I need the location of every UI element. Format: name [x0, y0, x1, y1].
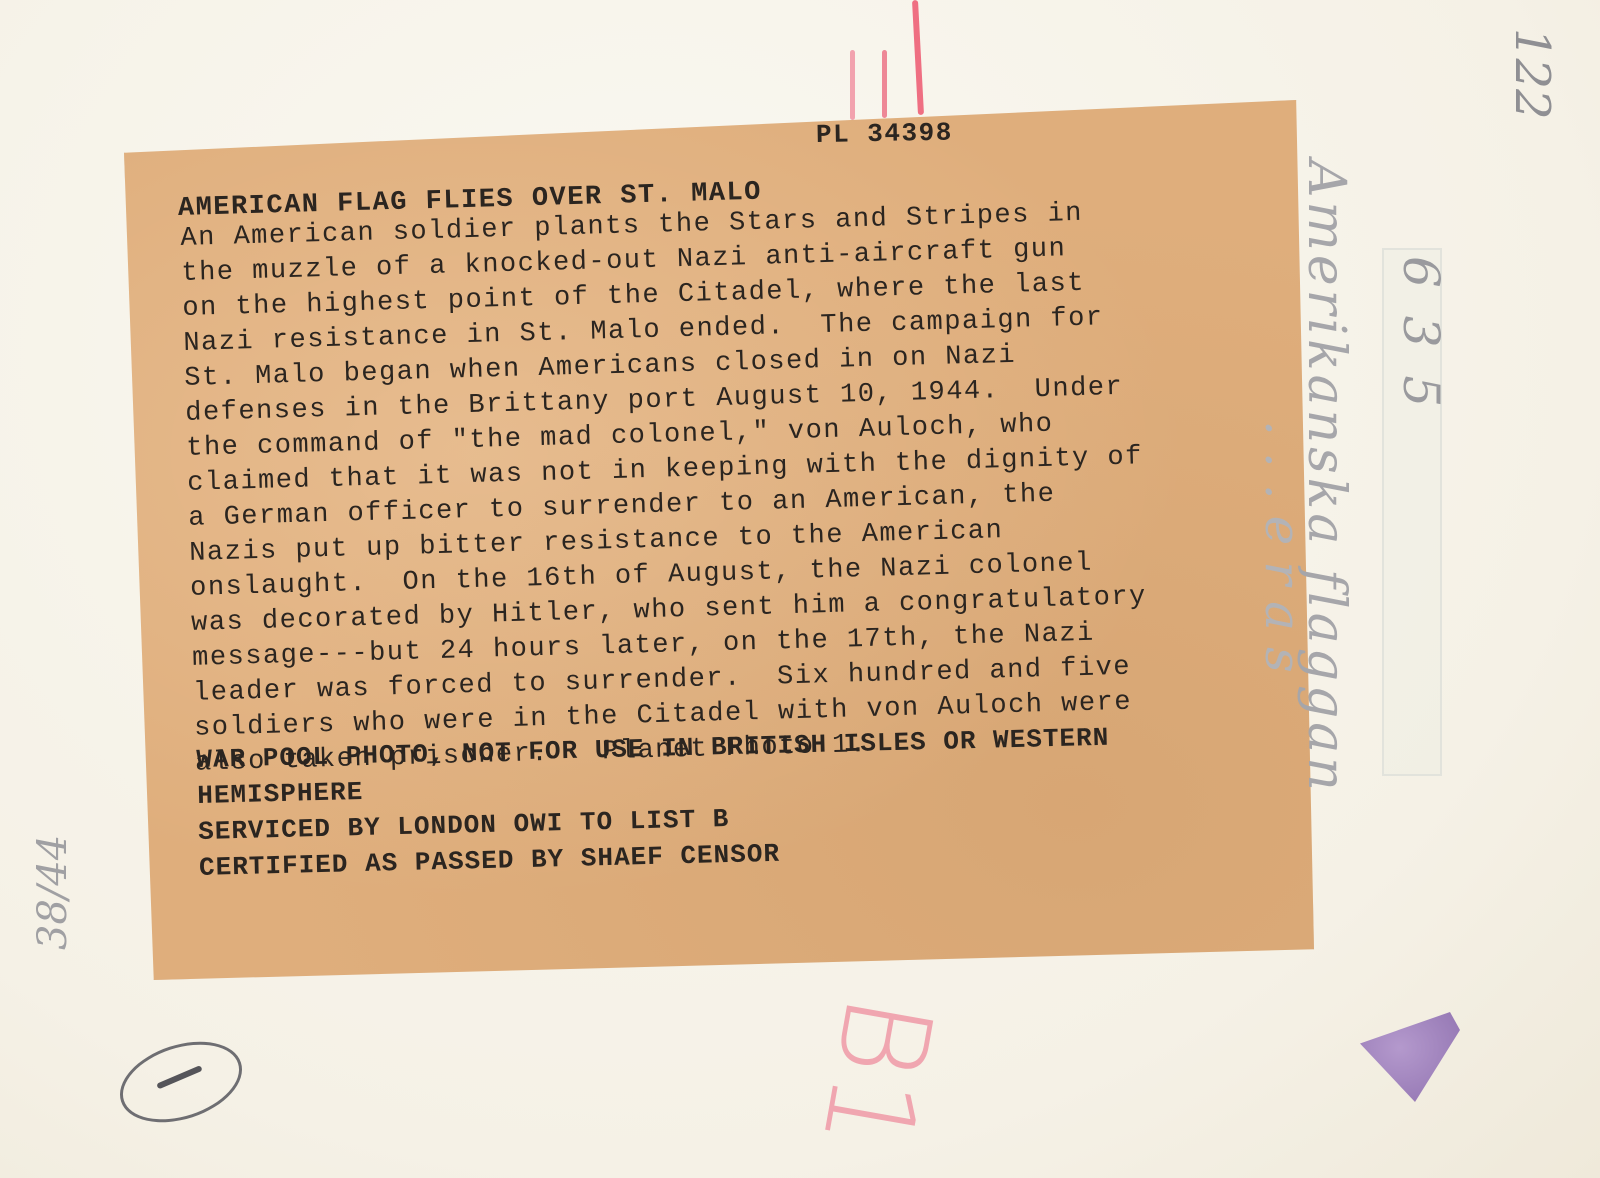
caption-body: An American soldier plants the Stars and… [180, 195, 1151, 781]
red-crayon-stroke [882, 50, 887, 118]
reference-number: PL 34398 [816, 120, 953, 148]
pencil-boxed-code: 6 3 5 [1392, 256, 1450, 413]
pencil-swedish-caption-2: ...eras [1254, 420, 1312, 689]
red-crayon-stroke [850, 50, 855, 120]
pencil-date-initials: 38/44 [30, 835, 76, 950]
caption-footer: WAR POOL PHOTO, NOT FOR USE IN BRITISH I… [196, 720, 1112, 886]
circled-dash [156, 1065, 203, 1089]
pencil-number-122: 122 [1504, 28, 1560, 120]
red-crayon-b1: B1 [794, 986, 958, 1163]
